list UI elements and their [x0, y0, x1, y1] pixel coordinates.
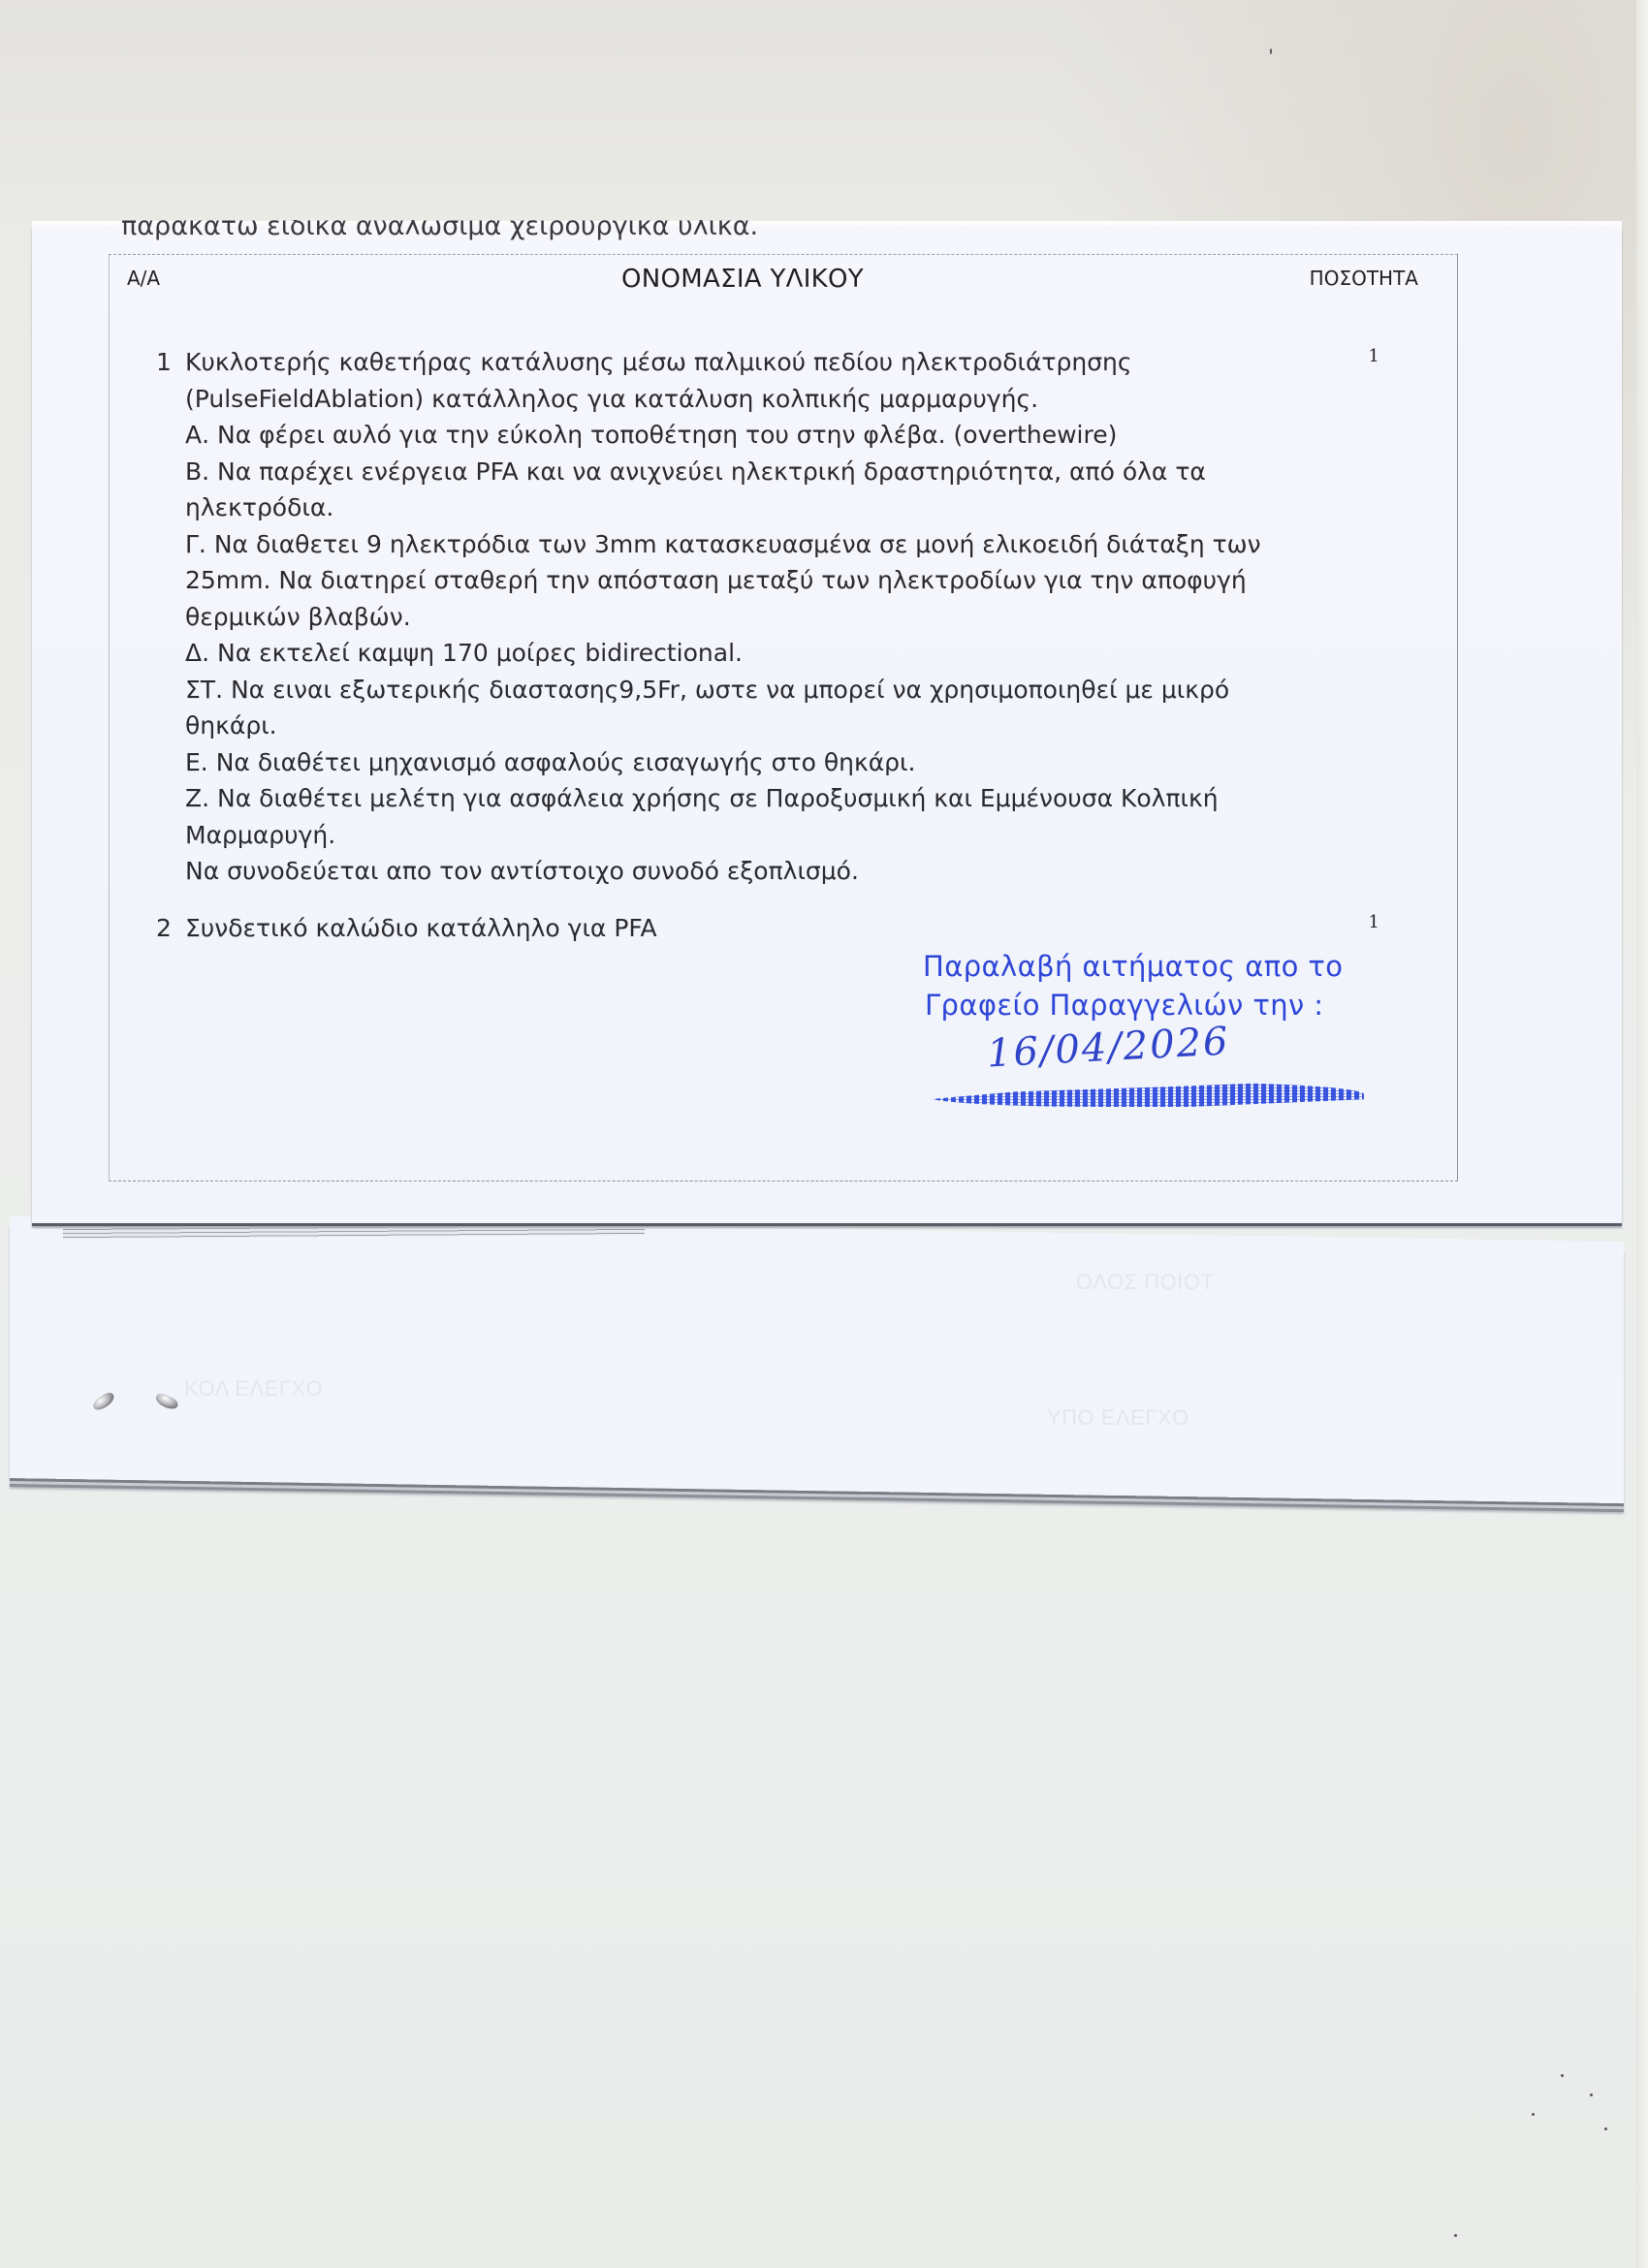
description-line: Γ. Να διαθετει 9 ηλεκτρόδια των 3mm κατα…	[185, 526, 1329, 563]
description-line: Α. Να φέρει αυλό για την εύκολη τοποθέτη…	[185, 417, 1329, 454]
dust-speck	[1270, 48, 1272, 54]
bleed-through-text: ΚΟΛ ΕΛΕΓΧΟ	[184, 1376, 323, 1402]
dust-speck	[1561, 2074, 1564, 2077]
description-line: 25mm. Να διατηρεί σταθερή την απόσταση μ…	[185, 562, 1329, 599]
dust-speck	[1604, 2127, 1607, 2130]
description-line: ηλεκτρόδια.	[185, 489, 1329, 526]
handwritten-date: 16/04/2026	[986, 1019, 1231, 1076]
row-index: 2	[156, 910, 172, 947]
stamp-line-1: Παραλαβή αιτήματος απο το	[923, 950, 1343, 983]
description-line: θερμικών βλαβών.	[185, 599, 1329, 636]
description-line: ΣΤ. Να ειναι εξωτερικής διαστασης9,5Fr, …	[185, 672, 1329, 709]
description-line: Να συνοδεύεται απο τον αντίστοιχο συνοδό…	[185, 853, 1329, 890]
row-quantity: 1	[1369, 904, 1379, 941]
header-quantity: ΠΟΣΟΤΗΤΑ	[1310, 267, 1418, 290]
description-line: Κυκλοτερής καθετήρας κατάλυσης μέσω παλμ…	[185, 344, 1329, 381]
row-quantity: 1	[1369, 338, 1379, 375]
dust-speck	[1532, 2113, 1535, 2116]
description-line: θηκάρι.	[185, 708, 1329, 744]
scanner-edge	[1636, 0, 1648, 2268]
description-line: (PulseFieldAblation) κατάλληλος για κατά…	[185, 381, 1329, 418]
row-index: 1	[156, 344, 172, 381]
row-description: Κυκλοτερής καθετήρας κατάλυσης μέσω παλμ…	[185, 344, 1329, 890]
row-description: Συνδετικό καλώδιο κατάλληλο για PFA	[185, 910, 1329, 947]
description-line: Δ. Να εκτελεί καμψη 170 μοίρες bidirecti…	[185, 635, 1329, 672]
bleed-through-text: ΟΛΟΣ ΠΟΙΟΤ	[1076, 1270, 1214, 1295]
description-line: Ζ. Να διαθέτει μελέτη για ασφάλεια χρήση…	[185, 780, 1329, 817]
back-sheet	[10, 1216, 1624, 1503]
header-index: Α/Α	[127, 267, 160, 290]
dust-speck	[1454, 2234, 1457, 2237]
bleed-through-text: ΥΠΟ ΕΛΕΓΧΟ	[1047, 1405, 1189, 1431]
stamp-ink-smudge	[928, 1082, 1364, 1107]
description-line: Συνδετικό καλώδιο κατάλληλο για PFA	[185, 910, 1329, 947]
stamp-line-2: Γραφείο Παραγγελιών την :	[925, 989, 1323, 1022]
header-material-name: ΟΝΟΜΑΣΙΑ ΥΛΙΚΟΥ	[621, 265, 864, 294]
description-line: Μαρμαρυγή.	[185, 817, 1329, 854]
receipt-stamp: Παραλαβή αιτήματος απο το Γραφείο Παραγγ…	[923, 950, 1388, 1134]
description-line: Β. Να παρέχει ενέργεια PFA και να ανιχνε…	[185, 454, 1329, 490]
dust-speck	[1590, 2094, 1593, 2096]
description-line: Ε. Να διαθέτει μηχανισμό ασφαλούς εισαγω…	[185, 744, 1329, 781]
